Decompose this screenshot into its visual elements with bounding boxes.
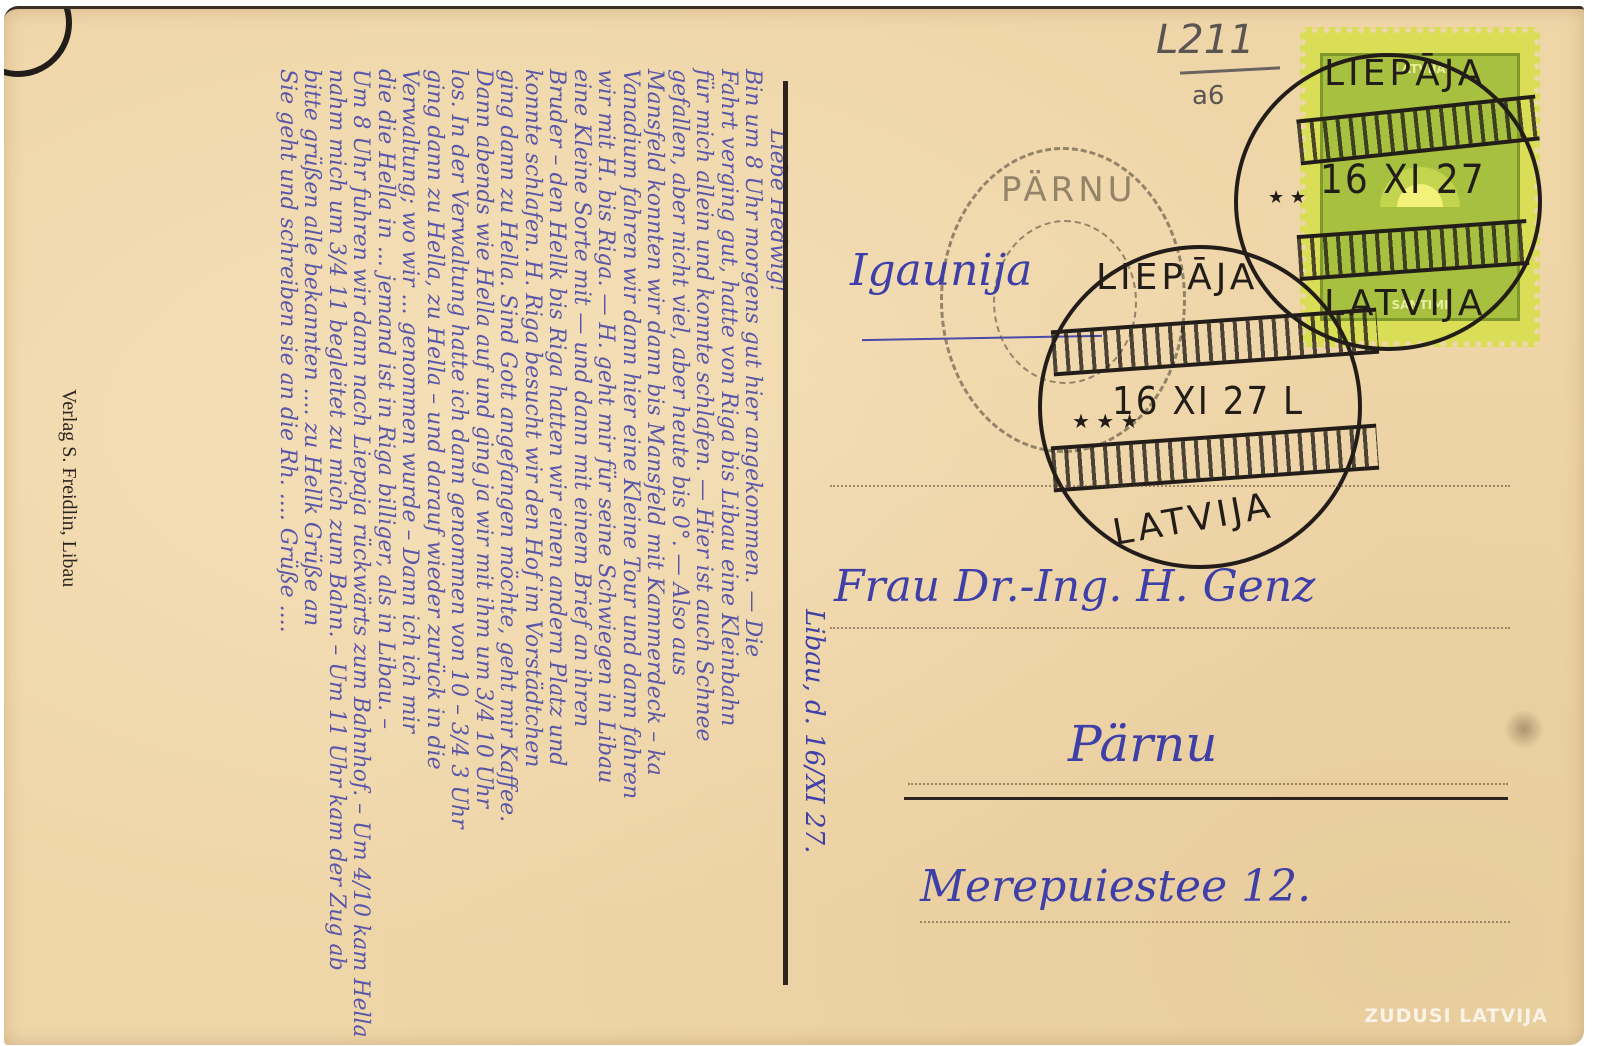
main-postmark: LIEPĀJA 16 XI 27 L ★ ★ ★ LATVIJA xyxy=(1038,245,1362,569)
main-postmark-town: LIEPĀJA xyxy=(1096,257,1258,298)
message-line: Verwaltung; wo wir ... genommen wurde – … xyxy=(397,69,422,1019)
center-divider xyxy=(783,81,788,985)
stamp-postmark-upper-bar xyxy=(1296,95,1539,166)
address-line-4 xyxy=(920,921,1510,923)
archive-mark-underline xyxy=(1180,66,1280,74)
corner-postmark-fragment xyxy=(4,6,72,77)
archive-number: L211 xyxy=(1156,17,1255,63)
message-line: konnte schlafen. H. Riga besucht wir den… xyxy=(520,69,545,1019)
stamp-postmark-lower-bar xyxy=(1297,219,1530,281)
stars-icon: ★ ★ xyxy=(1268,187,1306,208)
main-postmark-country: LATVIJA xyxy=(1110,485,1277,554)
message-place-date: Libau, d. 16/XI 27. xyxy=(799,609,829,853)
message-line: gefallen, aber nicht viel, aber heute bi… xyxy=(667,69,692,1019)
address-recipient: Frau Dr.-Ing. H. Genz xyxy=(834,561,1315,612)
message-line: Dann abends wie Hella auf und ging ja wi… xyxy=(471,69,496,1019)
message-line: ging dann zu Hella. Sind Gott angefangen… xyxy=(495,69,520,1019)
message-line: Fahrt verging gut, hatte von Riga bis Li… xyxy=(716,69,741,1019)
message-line: los. In der Verwaltung hatte ich dann ge… xyxy=(446,69,471,1019)
stamp-postmark-town: LIEPĀJA xyxy=(1324,53,1486,94)
main-postmark-lower-bar xyxy=(1051,424,1379,493)
message-line: für mich allein und konnte schlafen. — H… xyxy=(691,69,716,1019)
message-line: ging dann zu Hella, zu Hella – und darau… xyxy=(422,69,447,1019)
paper-stain xyxy=(1504,709,1544,749)
message-line: Mansfeld konnten wir dann bis Mansfeld m… xyxy=(642,69,667,1019)
message-body: Bin um 8 Uhr morgens gut hier angekommen… xyxy=(275,69,765,1019)
stars-icon: ★ ★ ★ xyxy=(1072,409,1139,433)
address-city-rule xyxy=(904,797,1508,800)
message-line: bitte grüßen alle bekannten .... zu Hell… xyxy=(299,69,324,1019)
publisher-imprint: Verlag S. Freidlin, Libau xyxy=(57,389,80,587)
main-postmark-upper-bar xyxy=(1051,308,1379,377)
address-city: Pärnu xyxy=(1068,715,1218,773)
message-line: Bruder – den Hellk bis Riga hatten wir e… xyxy=(544,69,569,1019)
main-postmark-date: 16 XI 27 L xyxy=(1112,379,1304,423)
stamp-postmark-date: 16 XI 27 xyxy=(1320,157,1486,203)
address-line-2 xyxy=(830,627,1510,629)
message-line: eine Kleine Sorte mit — und dann mit ein… xyxy=(569,69,594,1019)
message-line: die die Hella in ... jemand ist in Riga … xyxy=(373,69,398,1019)
message-line: nahm mich um 3/4 11 begleitet zu mich zu… xyxy=(324,69,349,1019)
address-street: Merepuiestee 12. xyxy=(920,861,1311,912)
archive-sub-number: a6 xyxy=(1192,81,1224,111)
address-country: Igaunija xyxy=(850,245,1032,296)
message-line: Vanadium fahren wir dann hier eine Klein… xyxy=(618,69,643,1019)
address-line-3 xyxy=(908,783,1508,785)
faint-postmark-town: PÄRNU xyxy=(1001,170,1137,210)
message-line: wir mit H. bis Riga. — H. geht mir für s… xyxy=(593,69,618,1019)
message-line: Um 8 Uhr fuhren wir dann nach Liepaja rü… xyxy=(348,69,373,1019)
message-line: Sie geht und schreiben sie an die Rh. ..… xyxy=(275,69,300,1019)
address-line-1 xyxy=(830,485,1510,487)
postcard: Liebe Hedwig! Bin um 8 Uhr morgens gut h… xyxy=(4,6,1584,1045)
watermark: ZUDUSI LATVIJA xyxy=(1364,1005,1548,1027)
handwritten-message: Liebe Hedwig! Bin um 8 Uhr morgens gut h… xyxy=(69,69,789,1019)
message-line: Bin um 8 Uhr morgens gut hier angekommen… xyxy=(740,69,765,1019)
